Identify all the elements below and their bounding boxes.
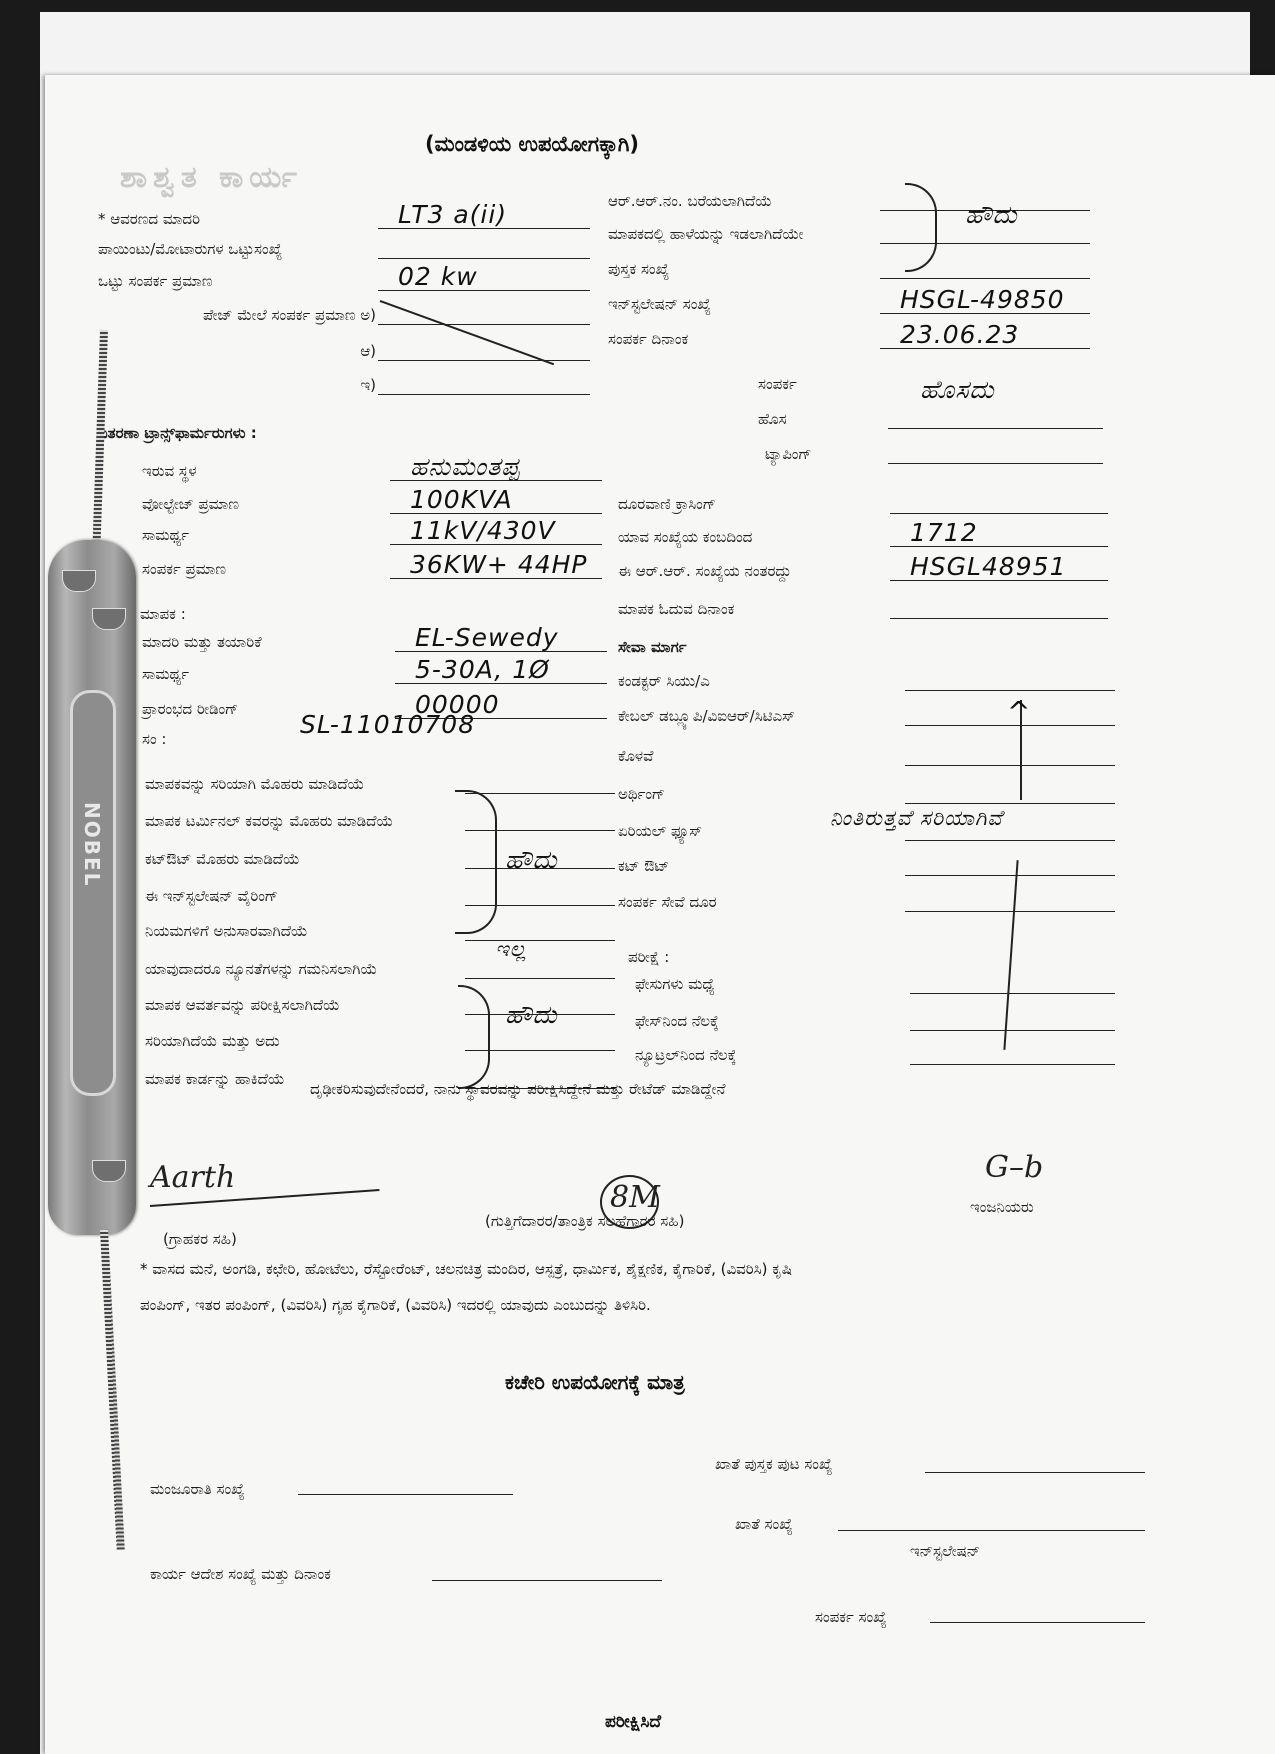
- meter-field-0-value: EL-Sewedy: [415, 623, 559, 652]
- left-field-3-label: ಪೇಜ್ ಮೇಲೆ ಸಂಪರ್ಕ ಪ್ರಮಾಣ ಅ): [203, 306, 376, 324]
- service-field-4-field[interactable]: [905, 840, 1115, 841]
- service-field-5-field[interactable]: [905, 875, 1115, 876]
- connection-value: ಹೊಸದು: [920, 375, 995, 405]
- footnote-line2: ಪಂಪಿಂಗ್, ಇತರ ಪಂಪಿಂಗ್, (ವಿವರಿಸಿ) ಗೃಹ ಕೈಗಾ…: [140, 1296, 651, 1314]
- left-field-4-field[interactable]: [378, 360, 590, 361]
- binder-brand: NOBEL: [80, 802, 104, 862]
- service-field-5-label: ಕಟ್ ಔಟ್: [618, 857, 669, 875]
- engineer-signature: G–b: [985, 1150, 1043, 1185]
- work-order-field[interactable]: [432, 1580, 662, 1581]
- work-order-label: ಕಾರ್ಯ ಆದೇಶ ಸಂಖ್ಯೆ ಮತ್ತು ದಿನಾಂಕ: [150, 1565, 331, 1583]
- checked-label: ಪರೀಕ್ಷಿಸಿದೆ: [605, 1712, 661, 1732]
- right-field-b-0-label: ದೂರವಾಣಿ ಕ್ರಾಸಿಂಗ್: [618, 495, 716, 513]
- clip-tab: [92, 1160, 126, 1182]
- transformer-field-1-label: ವೋಲ್ಟೇಜ್ ಪ್ರಮಾಣ: [142, 495, 239, 513]
- check-item-field[interactable]: [465, 978, 615, 979]
- service-heading: ಸೇವಾ ಮಾರ್ಗ: [618, 638, 686, 656]
- meter-serial-value: SL-11010708: [300, 710, 475, 739]
- test-field-1-label: ಫೇಸ್‌ನಿಂದ ನೆಲಕ್ಕೆ: [635, 1012, 719, 1030]
- left-field-2-value: 02 kw: [398, 262, 478, 291]
- check-item-label: ಕಟ್‌ಔಟ್ ಮೊಹರು ಮಾಡಿದೆಯೆ: [145, 850, 300, 868]
- check-item-field[interactable]: [465, 793, 615, 794]
- service-field-1-label: ಕೇಬಲ್ ಡಬ್ಲ್ಯೂಪಿ/ವಿಐಆರ್/ಸಿಟಿಎಸ್: [618, 707, 795, 725]
- transformer-field-0-label: ಇರುವ ಸ್ಥಳ: [142, 462, 196, 480]
- form-title: (ಮಂಡಳಿಯ ಉಪಯೋಗಕ್ಕಾಗಿ): [425, 132, 639, 157]
- connection-sub-field[interactable]: [888, 428, 1103, 429]
- clip-slot: [70, 690, 116, 1096]
- contractor-signature-label: (ಗುತ್ತಿಗೆದಾರರ/ತಾಂತ್ರಿಕ ಸಲಹೆಗಾರರ ಸಹಿ): [485, 1212, 684, 1230]
- checks-answer-yes-2: ಹೌದು: [505, 1000, 558, 1030]
- account-no-label: ಖಾತೆ ಸಂಖ್ಯೆ: [735, 1515, 793, 1533]
- meter-heading: ಮಾಪಕ :: [140, 605, 186, 623]
- right-field-b-2-value: HSGL48951: [910, 552, 1067, 581]
- service-annotation: ನಿಂತಿರುತ್ತವೆ ಸರಿಯಾಗಿವೆ: [830, 806, 1003, 831]
- meter-field-1-value: 5-30A, 1Ø: [415, 655, 550, 684]
- right-answer-yes: ಹೌದು: [965, 200, 1018, 230]
- engineer-signature-label: ಇಂಜನಿಯರು: [970, 1198, 1034, 1216]
- right-field-b-1-value: 1712: [910, 518, 978, 547]
- right-field-2-label: ಪುಸ್ತಕ ಸಂಖ್ಯೆ: [608, 260, 669, 278]
- right-field-4-label: ಸಂಪರ್ಕ ದಿನಾಂಕ: [608, 330, 688, 348]
- transformer-field-0-value: ಹನುಮಂತಪ್ಪ: [410, 452, 520, 482]
- clip-tab: [62, 570, 96, 592]
- test-heading: ಪರೀಕ್ಷೆ :: [628, 948, 669, 966]
- service-field-3-field[interactable]: [905, 803, 1115, 804]
- check-item-label: ಮಾಪಕ ಆವರ್ತವನ್ನು ಪರೀಕ್ಷಿಸಲಾಗಿದೆಯೆ: [145, 996, 340, 1014]
- connection-sub-field[interactable]: [888, 463, 1103, 464]
- certification-text: ದೃಢೀಕರಿಸುವುದೇನೆಂದರೆ, ನಾನು ಸ್ಥಾವರವನ್ನು ಪರ…: [310, 1080, 725, 1098]
- service-field-4-label: ಏರಿಯಲ್ ಫ್ಯೂಸ್: [618, 822, 702, 840]
- right-field-b-3-label: ಮಾಪಕ ಓದುವ ದಿನಾಂಕ: [618, 600, 734, 618]
- right-field-1-label: ಮಾಪಕದಲ್ಲಿ ಹಾಳೆಯನ್ನು ಇಡಲಾಗಿದೆಯೇ: [608, 225, 803, 243]
- ledger-page-label: ಖಾತೆ ಪುಸ್ತಕ ಪುಟ ಸಂಖ್ಯೆ: [715, 1455, 832, 1473]
- check-item-label: ಮಾಪಕ ಟರ್ಮಿನಲ್ ಕವರನ್ನು ಮೊಹರು ಮಾಡಿದೆಯೆ: [145, 812, 393, 830]
- transformer-heading: ವಿತರಣಾ ಟ್ರಾನ್ಸ್‌ಫಾರ್ಮರುಗಳು :: [98, 424, 257, 442]
- ledger-page-field[interactable]: [925, 1472, 1145, 1473]
- service-field-2-field[interactable]: [905, 765, 1115, 766]
- right-field-0-label: ಆರ್.ಆರ್.ನಂ. ಬರೆಯಲಾಗಿದೆಯೆ: [608, 192, 772, 210]
- test-field-2-field[interactable]: [910, 1064, 1115, 1065]
- right-field-3-value: HSGL-49850: [900, 285, 1065, 314]
- connection-no-field[interactable]: [930, 1622, 1145, 1623]
- transformer-field-1-value: 100KVA: [410, 485, 513, 514]
- sanction-no-label: ಮಂಜೂರಾತಿ ಸಂಖ್ಯೆ: [150, 1480, 245, 1498]
- defects-answer: ಇಲ್ಲ: [495, 937, 527, 962]
- check-item-label: ಈ ಇನ್‌ಸ್ಟಲೇಷನ್ ವೈರಿಂಗ್: [145, 887, 278, 905]
- meter-field-2-label: ಪ್ರಾರಂಭದ ರೀಡಿಂಗ್: [142, 700, 238, 718]
- check-item-label: ಯಾವುದಾದರೂ ನ್ಯೂನತೆಗಳನ್ನು ಗಮನಿಸಲಾಗಿಯೆ: [145, 960, 377, 978]
- arrow-head-icon: ^: [1007, 695, 1030, 728]
- check-item-label: ನಿಯಮಗಳಿಗೆ ಅನುಸಾರವಾಗಿದೆಯೆ: [145, 922, 308, 940]
- checks-answer-yes: ಹೌದು: [505, 845, 558, 875]
- right-field-2-field[interactable]: [880, 278, 1090, 279]
- service-field-6-label: ಸಂಪರ್ಕ ಸೇವೆ ದೂರ: [618, 893, 717, 911]
- transformer-field-2-label: ಸಾಮರ್ಥ್ಯ: [142, 526, 189, 544]
- test-field-1-field[interactable]: [910, 1030, 1115, 1031]
- check-item-label: ಮಾಪಕ ಕಾರ್ಡನ್ನು ಹಾಕಿದೆಯೆ: [145, 1070, 285, 1088]
- transformer-field-3-value: 36KW+ 44HP: [410, 550, 588, 579]
- form-page: [45, 75, 1275, 1754]
- check-item-label: ಸರಿಯಾಗಿದೆಯೆ ಮತ್ತು ಅದು: [145, 1032, 280, 1050]
- meter-serial-label: ಸಂ :: [142, 730, 166, 748]
- right-field-4-value: 23.06.23: [900, 320, 1019, 349]
- left-field-1-field[interactable]: [378, 258, 590, 259]
- right-field-b-2-label: ಈ ಆರ್.ಆರ್. ಸಂಖ್ಯೆಯ ನಂತರದ್ದು: [618, 562, 791, 580]
- connection-label: ಸಂಪರ್ಕ: [758, 375, 797, 393]
- connection-no-label: ಸಂಪರ್ಕ ಸಂಖ್ಯೆ: [815, 1608, 887, 1626]
- left-field-3-field[interactable]: [378, 324, 590, 325]
- account-no-field[interactable]: [838, 1530, 1145, 1531]
- binder-clip: NOBEL: [48, 540, 136, 1235]
- transformer-field-3-label: ಸಂಪರ್ಕ ಪ್ರಮಾಣ: [142, 560, 226, 578]
- service-field-3-label: ಅರ್ಥಿಂಗ್: [618, 785, 665, 803]
- left-field-2-label: ಒಟ್ಟು ಸಂಪರ್ಕ ಪ್ರಮಾಣ: [98, 272, 212, 290]
- connection-sub-label: ಟ್ಯಾಪಿಂಗ್: [765, 445, 811, 463]
- meter-field-0-label: ಮಾದರಿ ಮತ್ತು ತಯಾರಿಕೆ: [142, 633, 262, 651]
- brace-mark: [455, 790, 497, 934]
- service-field-6-field[interactable]: [905, 911, 1115, 912]
- right-field-b-1-label: ಯಾವ ಸಂಖ್ಯೆಯ ಕಂಬದಿಂದ: [618, 528, 752, 546]
- service-field-2-label: ಕೊಳವೆ: [618, 747, 653, 765]
- sanction-no-field[interactable]: [298, 1494, 513, 1495]
- left-field-4-label: ಆ): [360, 342, 376, 360]
- connection-sub-label: ಹೊಸ: [758, 410, 787, 428]
- service-field-0-field[interactable]: [905, 690, 1115, 691]
- customer-signature: Aarth: [150, 1160, 235, 1195]
- check-item-field[interactable]: [465, 940, 615, 941]
- check-item-label: ಮಾಪಕವನ್ನು ಸರಿಯಾಗಿ ಮೊಹರು ಮಾಡಿದೆಯೆ: [145, 775, 364, 793]
- service-field-0-label: ಕಂಡಕ್ಟರ್ ಸಿಯು/ಎ: [618, 672, 710, 690]
- test-field-0-field[interactable]: [910, 993, 1115, 994]
- installation-label: ಇನ್‌ಸ್ಟಲೇಷನ್: [910, 1542, 980, 1560]
- contractor-signature: 8M: [610, 1180, 660, 1215]
- left-field-0-value: LT3 a(ii): [398, 200, 507, 229]
- meter-field-1-label: ಸಾಮರ್ಥ್ಯ: [142, 665, 189, 683]
- right-field-b-3-field[interactable]: [890, 618, 1108, 619]
- left-field-1-label: ಪಾಯಿಂಟು/ಮೋಟಾರುಗಳ ಒಟ್ಟುಸಂಖ್ಯೆ: [98, 240, 282, 258]
- customer-signature-label: (ಗ್ರಾಹಕರ ಸಹಿ): [163, 1230, 237, 1248]
- bleed-through-text: ಶಾಶ್ವತ ಕಾರ್ಯ: [120, 160, 303, 195]
- office-use-title: ಕಚೇರಿ ಉಪಯೋಗಕ್ಕೆ ಮಾತ್ರ: [505, 1370, 685, 1394]
- left-field-5-field[interactable]: [378, 394, 590, 395]
- right-field-b-0-field[interactable]: [890, 513, 1108, 514]
- footnote-line1: * ವಾಸದ ಮನೆ, ಅಂಗಡಿ, ಕಛೇರಿ, ಹೋಟೆಲು, ರೆಸ್ಟೋ…: [140, 1260, 792, 1278]
- test-field-0-label: ಫೇಸುಗಳು ಮಧ್ಯೆ: [635, 975, 715, 993]
- brace-mark: [458, 985, 490, 1089]
- left-field-5-label: ಇ): [360, 376, 376, 394]
- transformer-field-2-value: 11kV/430V: [410, 516, 556, 545]
- right-field-3-label: ಇನ್‌ಸ್ಟಲೇಷನ್ ಸಂಖ್ಯೆ: [608, 295, 711, 313]
- test-field-2-label: ನ್ಯೂಟ್ರಲ್‌ನಿಂದ ನೆಲಕ್ಕೆ: [635, 1046, 736, 1064]
- clip-tab: [92, 608, 126, 630]
- left-field-0-label: * ಆವರಣದ ಮಾದರಿ: [98, 210, 200, 228]
